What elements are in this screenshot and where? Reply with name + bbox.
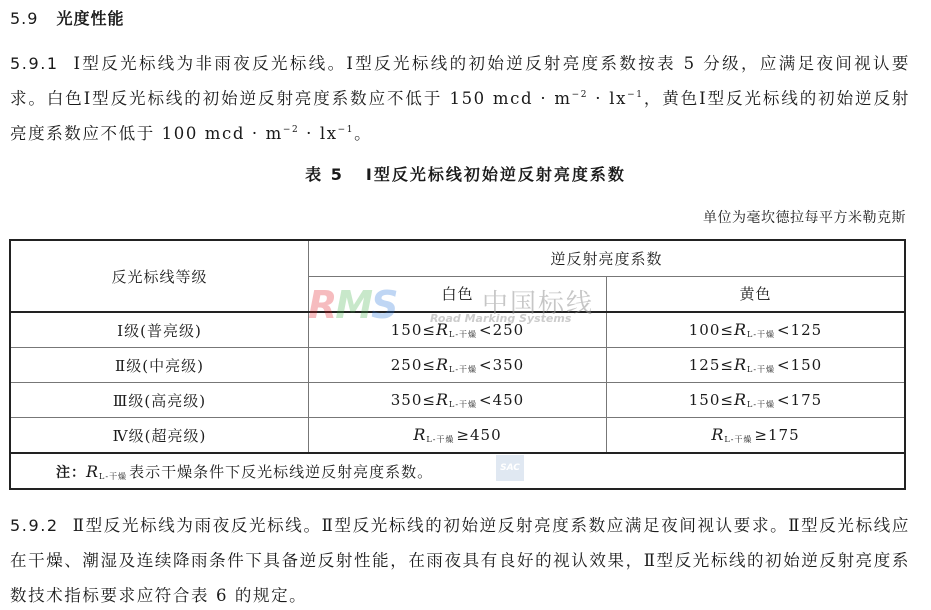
rms-watermark-logo: RMS: [308, 283, 396, 327]
retroreflection-table: 反光标线等级 逆反射亮度系数 白色 黄色 Ⅰ级(普亮级) 150≤RL-干燥<2…: [9, 239, 906, 490]
yellow-value-cell: 100≤RL-干燥<125: [607, 312, 906, 348]
header-yellow: 黄色: [607, 276, 906, 312]
table-row: Ⅳ级(超亮级) RL-干燥≥450 RL-干燥≥175: [10, 418, 905, 454]
paragraph-text: · lx: [299, 124, 337, 143]
table-row: Ⅱ级(中亮级) 250≤RL-干燥<350 125≤RL-干燥<150: [10, 348, 905, 383]
paragraph-number: 5.9.2: [10, 516, 59, 535]
yellow-value-cell: 150≤RL-干燥<175: [607, 383, 906, 418]
grade-cell: Ⅳ级(超亮级): [10, 418, 309, 454]
section-number: 5.9: [10, 9, 38, 28]
table-row: Ⅲ级(高亮级) 350≤RL-干燥<450 150≤RL-干燥<175: [10, 383, 905, 418]
grade-cell: Ⅰ级(普亮级): [10, 312, 309, 348]
grade-cell: Ⅱ级(中亮级): [10, 348, 309, 383]
header-grade: 反光标线等级: [10, 240, 309, 312]
section-title: 光度性能: [56, 9, 124, 28]
superscript: −2: [572, 90, 588, 100]
watermark-english-text: Road Marking Systems: [430, 312, 571, 325]
paragraph-text: · lx: [588, 89, 627, 108]
table-unit: 单位为毫坎德拉每平方米勒克斯: [703, 207, 906, 227]
paragraph-text: 。: [354, 124, 372, 143]
paragraph-5-9-1: 5.9.1Ⅰ型反光标线为非雨夜反光标线。Ⅰ型反光标线的初始逆反射亮度系数按表 5…: [10, 46, 910, 151]
paragraph-number: 5.9.1: [10, 54, 59, 73]
sac-watermark-icon: SAC: [496, 455, 524, 481]
table-note-row: 注：RL-干燥表示干燥条件下反光标线逆反射亮度系数。: [10, 453, 905, 489]
table-caption: 表 5Ⅰ型反光标线初始逆反射亮度系数: [0, 162, 931, 185]
white-value-cell: 350≤RL-干燥<450: [309, 383, 607, 418]
grade-cell: Ⅲ级(高亮级): [10, 383, 309, 418]
section-heading: 5.9光度性能: [10, 6, 124, 29]
white-value-cell: RL-干燥≥450: [309, 418, 607, 454]
superscript: −1: [338, 125, 354, 135]
yellow-value-cell: RL-干燥≥175: [607, 418, 906, 454]
white-value-cell: 250≤RL-干燥<350: [309, 348, 607, 383]
header-group: 逆反射亮度系数: [309, 240, 906, 276]
table-note: 注：RL-干燥表示干燥条件下反光标线逆反射亮度系数。: [10, 453, 905, 489]
paragraph-5-9-2: 5.9.2Ⅱ型反光标线为雨夜反光标线。Ⅱ型反光标线的初始逆反射亮度系数应满足夜间…: [10, 508, 910, 610]
paragraph-text: Ⅱ型反光标线为雨夜反光标线。Ⅱ型反光标线的初始逆反射亮度系数应满足夜间视认要求。…: [10, 516, 910, 605]
yellow-value-cell: 125≤RL-干燥<150: [607, 348, 906, 383]
superscript: −1: [627, 90, 643, 100]
superscript: −2: [283, 125, 299, 135]
table-number: 表 5: [305, 165, 344, 184]
table-title: Ⅰ型反光标线初始逆反射亮度系数: [366, 165, 626, 184]
